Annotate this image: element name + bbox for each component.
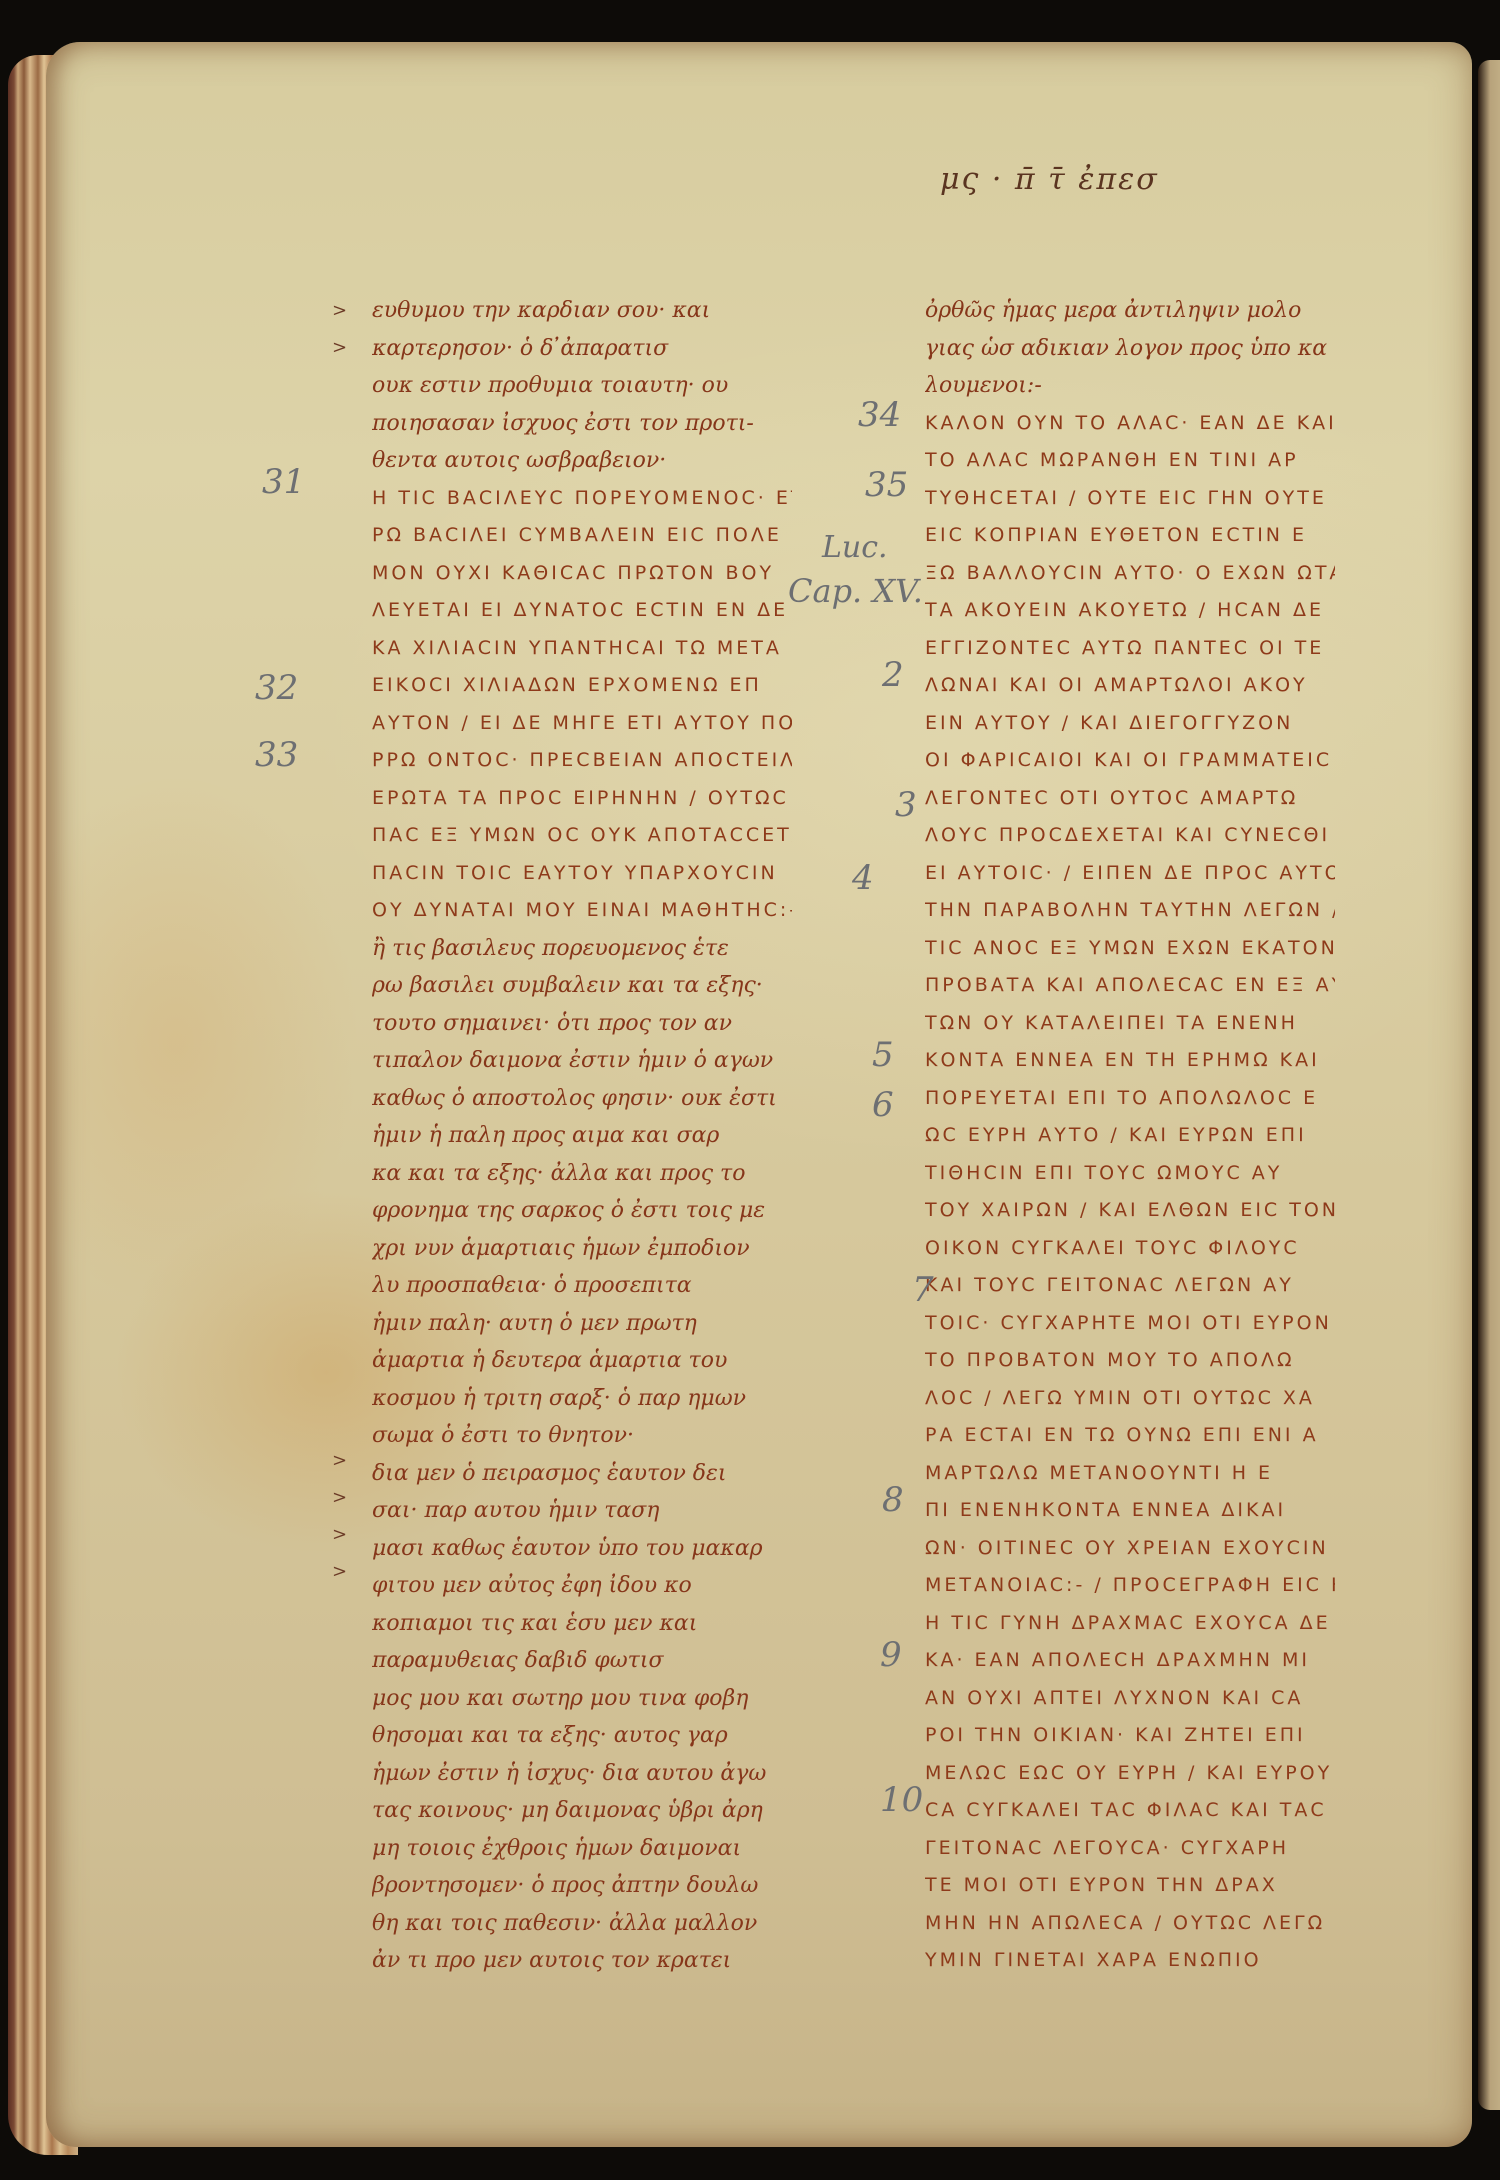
text-line: κοσμου ἡ τριτη σαρξ· ὁ παρ ημων (372, 1380, 792, 1418)
text-line: ΟΙΚΟΝ CΥΓΚΑΛΕΙ ΤΟΥC ΦΙΛΟΥC (925, 1230, 1335, 1268)
text-line: γιας ὡσ αδικιαν λογον προς ὑπο κα (925, 330, 1335, 368)
header-note: μς · π̄ τ̄ ἐπεσ (940, 162, 1159, 197)
text-line-initial: ΤΙC ΑΝΟC ΕΞ ΥΜΩΝ ΕΧΩΝ ΕΚΑΤΟΝ (925, 930, 1335, 968)
text-line: ΠΙ ΕΝΕΝΗΚΟΝΤΑ ΕΝΝΕΑ ΔΙΚΑΙ (925, 1492, 1335, 1530)
diple-mark: > (332, 337, 347, 358)
text-line: ΤΙΘΗCΙΝ ΕΠΙ ΤΟΥC ΩΜΟΥC ΑΥ (925, 1155, 1335, 1193)
text-line: ΤΥΘΗCΕΤΑΙ / ΟΥΤΕ ΕΙC ΓΗΝ ΟΥΤΕ (925, 480, 1335, 518)
diple-mark: > (332, 300, 347, 321)
text-line: ἡμιν ἡ παλη προς αιμα και σαρ (372, 1117, 792, 1155)
text-line: μασι καθως ἑαυτον ὑπο του μακαρ (372, 1530, 792, 1568)
text-line: ΕΙ ΑΥΤΟΙC· / ΕΙΠΕΝ ΔΕ ΠΡΟC ΑΥΤΟΥC (925, 855, 1335, 893)
text-line: παραμυθειας δαβιδ φωτισ (372, 1642, 792, 1680)
right-column: ὀρθῶς ἡμας μερα ἀντιληψιν μολο γιας ὡσ α… (925, 292, 1335, 1980)
text-line: λουμενοι:- (925, 367, 1335, 405)
verse-number: 7 (912, 1270, 934, 1310)
text-line: ΡΑ ΕCΤΑΙ ΕΝ ΤΩ ΟΥΝΩ ΕΠΙ ΕΝΙ Α (925, 1417, 1335, 1455)
text-line: ΚΟΝΤΑ ΕΝΝΕΑ ΕΝ ΤΗ ΕΡΗΜΩ ΚΑΙ (925, 1042, 1335, 1080)
left-column: ευθυμου την καρδιαν σου· και καρτερησον·… (372, 292, 792, 1980)
verse-number: 10 (880, 1780, 923, 1820)
verse-number: 9 (880, 1635, 902, 1675)
text-line: θεντα αυτοις ωσβραβειον· (372, 442, 792, 480)
text-line: ΤΩΝ ΟΥ ΚΑΤΑΛΕΙΠΕΙ ΤΑ ΕΝΕΝΗ (925, 1005, 1335, 1043)
text-line: ΕΡΩΤΑ ΤΑ ΠΡΟC ΕΙΡΗΝΗΝ / ΟΥΤΩC ΟΥΝ (372, 780, 792, 818)
text-line: μος μου και σωτηρ μου τινα φοβη (372, 1680, 792, 1718)
verse-number: 2 (882, 655, 904, 695)
text-line: ΕΙΚΟCΙ ΧΙΛΙΑΔΩΝ ΕΡΧΟΜΕΝΩ ΕΠ (372, 667, 792, 705)
diple-mark: > (332, 1561, 347, 1582)
text-line: ΤΟ ΑΛΑC ΜΩΡΑΝΘΗ ΕΝ ΤΙΝΙ ΑΡ (925, 442, 1335, 480)
text-line: ΞΩ ΒΑΛΛΟΥCΙΝ ΑΥΤΟ· Ο ΕΧΩΝ ΩΤΑ (925, 555, 1335, 593)
text-line: ΤΟΙC· CΥΓΧΑΡΗΤΕ ΜΟΙ ΟΤΙ ΕΥΡΟΝ (925, 1305, 1335, 1343)
text-line: φιτου μεν αὐτος ἐφη ἰδου κο (372, 1567, 792, 1605)
chapter-note-book: Luc. (822, 530, 888, 565)
text-line: ΟΙ ΦΑΡΙCΑΙΟΙ ΚΑΙ ΟΙ ΓΡΑΜΜΑΤΕΙC (925, 742, 1335, 780)
text-line-initial: Η ΤΙC ΒΑCΙΛΕΥC ΠΟΡΕΥΟΜΕΝΟC· ΕΤΕ (372, 480, 792, 518)
text-line: ΥΜΙΝ ΓΙΝΕΤΑΙ ΧΑΡΑ ΕΝΩΠΙΟ (925, 1942, 1335, 1980)
text-line: ΕΓΓΙΖΟΝΤΕC ΑΥΤΩ ΠΑΝΤΕC ΟΙ ΤΕ (925, 630, 1335, 668)
text-line: ΓΕΙΤΟΝΑC ΛΕΓΟΥCΑ· CΥΓΧΑΡΗ (925, 1830, 1335, 1868)
text-line: ΠΑC ΕΞ ΥΜΩΝ ΟC ΟΥΚ ΑΠΟΤΑCCΕΤΑΙ (372, 817, 792, 855)
adjacent-page-edge (1478, 60, 1500, 2110)
text-line: ΠΡΟΒΑΤΑ ΚΑΙ ΑΠΟΛΕCΑC ΕΝ ΕΞ ΑΥ (925, 967, 1335, 1005)
text-line: ΑΥΤΟΝ / ΕΙ ΔΕ ΜΗΓΕ ΕΤΙ ΑΥΤΟΥ ΠΟ (372, 705, 792, 743)
text-line: ΜΕΤΑΝΟΙΑC:- / ΠΡΟCΕΓΡΑΦΗ ΕΙC ΚΑΜΑ: (925, 1567, 1335, 1605)
text-line: ΕΙC ΚΟΠΡΙΑΝ ΕΥΘΕΤΟΝ ΕCΤΙΝ Ε (925, 517, 1335, 555)
verse-number: 4 (852, 858, 874, 898)
text-line: ΤΟ ΠΡΟΒΑΤΟΝ ΜΟΥ ΤΟ ΑΠΟΛΩ (925, 1342, 1335, 1380)
text-line: χρι νυν ἁμαρτιαις ἡμων ἐμποδιον (372, 1230, 792, 1268)
text-line: λυ προσπαθεια· ὁ προσεπιτα (372, 1267, 792, 1305)
verse-number: 3 (895, 785, 917, 825)
text-line: θη και τοις παθεσιν· ἀλλα μαλλον (372, 1905, 792, 1943)
text-line: ΠΟΡΕΥΕΤΑΙ ΕΠΙ ΤΟ ΑΠΟΛΩΛΟC Ε (925, 1080, 1335, 1118)
verse-number: 35 (865, 465, 908, 505)
text-line: καθως ὁ αποστολος φησιν· ουκ ἐστι (372, 1080, 792, 1118)
text-line: μη τοιοις ἐχθροις ἡμων δαιμοναι (372, 1830, 792, 1868)
diple-mark: > (332, 1524, 347, 1545)
manuscript-scan: μς · π̄ τ̄ ἐπεσ ευθυμου την καρδιαν σου·… (0, 0, 1500, 2180)
text-line: τιπαλον δαιμονα ἐστιν ἡμιν ὁ αγων (372, 1042, 792, 1080)
verse-number: 8 (882, 1480, 904, 1520)
verse-number: 32 (255, 668, 298, 708)
text-line: ΛΩΝΑΙ ΚΑΙ ΟΙ ΑΜΑΡΤΩΛΟΙ ΑΚΟΥ (925, 667, 1335, 705)
text-line: ΚΑ ΧΙΛΙΑCΙΝ ΥΠΑΝΤΗCΑΙ ΤΩ ΜΕΤΑ (372, 630, 792, 668)
text-line: ευθυμου την καρδιαν σου· και (372, 292, 792, 330)
text-line: ΚΑΛΟΝ ΟΥΝ ΤΟ ΑΛΑC· ΕΑΝ ΔΕ ΚΑΙ (925, 405, 1335, 443)
text-line: ΛΟΥC ΠΡΟCΔΕΧΕΤΑΙ ΚΑΙ CΥΝΕCΘΙ (925, 817, 1335, 855)
verse-number: 34 (858, 395, 901, 435)
text-line: ΚΑΙ ΤΟΥC ΓΕΙΤΟΝΑC ΛΕΓΩΝ ΑΥ (925, 1267, 1335, 1305)
text-line: ΤΟΥ ΧΑΙΡΩΝ / ΚΑΙ ΕΛΘΩΝ ΕΙC ΤΟΝ (925, 1192, 1335, 1230)
text-line: ἀν τι προ μεν αυτοις τον κρατει (372, 1942, 792, 1980)
text-line: ἡμιν παλη· αυτη ὁ μεν πρωτη (372, 1305, 792, 1343)
text-line: τας κοινους· μη δαιμονας ὑβρι ἀρη (372, 1792, 792, 1830)
text-line: ΡΩ ΒΑCΙΛΕΙ CΥΜΒΑΛΕΙΝ ΕΙC ΠΟΛΕ (372, 517, 792, 555)
text-line: σαι· παρ αυτου ἡμιν ταση (372, 1492, 792, 1530)
text-line: ΡΟΙ ΤΗΝ ΟΙΚΙΑΝ· ΚΑΙ ΖΗΤΕΙ ΕΠΙ (925, 1717, 1335, 1755)
chapter-note-chapter: Cap. XV. (788, 572, 923, 610)
text-line: ΠΑCΙΝ ΤΟΙC ΕΑΥΤΟΥ ΥΠΑΡΧΟΥCΙΝ (372, 855, 792, 893)
text-line: ΤΕ ΜΟΙ ΟΤΙ ΕΥΡΟΝ ΤΗΝ ΔΡΑΧ (925, 1867, 1335, 1905)
text-line: ουκ εστιν προθυμια τοιαυτη· ου (372, 367, 792, 405)
text-line: ΜΑΡΤΩΛΩ ΜΕΤΑΝΟΟΥΝΤΙ Η Ε (925, 1455, 1335, 1493)
text-line: δια μεν ὁ πειρασμος ἑαυτον δει (372, 1455, 792, 1493)
text-line: ἢ τις βασιλευς πορευομενος ἑτε (372, 930, 792, 968)
text-line: ἁμαρτια ἡ δευτερα ἁμαρτια του (372, 1342, 792, 1380)
text-line: ΡΡΩ ΟΝΤΟC· ΠΡΕCΒΕΙΑΝ ΑΠΟCΤΕΙΛΑC (372, 742, 792, 780)
text-line: ΛΕΥΕΤΑΙ ΕΙ ΔΥΝΑΤΟC ΕCΤΙΝ ΕΝ ΔΕ (372, 592, 792, 630)
diple-mark: > (332, 1450, 347, 1471)
text-line: ποιησασαν ἰσχυος ἐστι τον προτι- (372, 405, 792, 443)
text-line: ΜΕΛΩC ΕΩC ΟΥ ΕΥΡΗ / ΚΑΙ ΕΥΡΟΥ (925, 1755, 1335, 1793)
text-line: θησομαι και τα εξης· αυτος γαρ (372, 1717, 792, 1755)
text-line: τουτο σημαινει· ὁτι προς τον αν (372, 1005, 792, 1043)
text-line: ΛΕΓΟΝΤΕC ΟΤΙ ΟΥΤΟC ΑΜΑΡΤΩ (925, 780, 1335, 818)
text-line: βροντησομεν· ὁ προς ἀπτην δουλω (372, 1867, 792, 1905)
text-line: ΤΗΝ ΠΑΡΑΒΟΛΗΝ ΤΑΥΤΗΝ ΛΕΓΩΝ / (925, 892, 1335, 930)
text-line: κα και τα εξης· ἀλλα και προς το (372, 1155, 792, 1193)
text-line: φρονημα της σαρκος ὁ ἐστι τοις με (372, 1192, 792, 1230)
verse-number: 31 (262, 462, 305, 502)
text-line: ΤΑ ΑΚΟΥΕΙΝ ΑΚΟΥΕΤΩ / ΗCΑΝ ΔΕ (925, 592, 1335, 630)
verse-number: 6 (872, 1085, 894, 1125)
text-line: καρτερησον· ὁ δ ̓ἀπαρατισ (372, 330, 792, 368)
text-line: ΕΙΝ ΑΥΤΟΥ / ΚΑΙ ΔΙΕΓΟΓΓΥΖΟΝ (925, 705, 1335, 743)
text-line: κοπιαμοι τις και ἑσυ μεν και (372, 1605, 792, 1643)
text-line: ΚΑ· ΕΑΝ ΑΠΟΛΕCΗ ΔΡΑΧΜΗΝ ΜΙ (925, 1642, 1335, 1680)
text-line-initial: Η ΤΙC ΓΥΝΗ ΔΡΑΧΜΑC ΕΧΟΥCΑ ΔΕ (925, 1605, 1335, 1643)
verse-number: 5 (872, 1035, 894, 1075)
text-line: ὀρθῶς ἡμας μερα ἀντιληψιν μολο (925, 292, 1335, 330)
verse-number: 33 (255, 735, 298, 775)
text-line: ΟΥ ΔΥΝΑΤΑΙ ΜΟΥ ΕΙΝΑΙ ΜΑΘΗΤΗC:- (372, 892, 792, 930)
text-line: σωμα ὁ ἐστι το θνητον· (372, 1417, 792, 1455)
text-line: CΑ CΥΓΚΑΛΕΙ ΤΑC ΦΙΛΑC ΚΑΙ ΤΑC (925, 1792, 1335, 1830)
text-line: ΩC ΕΥΡΗ ΑΥΤΟ / ΚΑΙ ΕΥΡΩΝ ΕΠΙ (925, 1117, 1335, 1155)
text-line: ΜΟΝ ΟΥΧΙ ΚΑΘΙCΑC ΠΡΩΤΟΝ ΒΟΥ (372, 555, 792, 593)
text-line: ρω βασιλει συμβαλειν και τα εξης· (372, 967, 792, 1005)
text-line: ἡμων ἐστιν ἡ ἰσχυς· δια αυτου ἀγω (372, 1755, 792, 1793)
text-line: ΑΝ ΟΥΧΙ ΑΠΤΕΙ ΛΥΧΝΟΝ ΚΑΙ CΑ (925, 1680, 1335, 1718)
text-line: ΩΝ· ΟΙΤΙΝΕC ΟΥ ΧΡΕΙΑΝ ΕΧΟΥCΙΝ (925, 1530, 1335, 1568)
text-line: ΛΟC / ΛΕΓΩ ΥΜΙΝ ΟΤΙ ΟΥΤΩC ΧΑ (925, 1380, 1335, 1418)
text-line: ΜΗΝ ΗΝ ΑΠΩΛΕCΑ / ΟΥΤΩC ΛΕΓΩ (925, 1905, 1335, 1943)
diple-mark: > (332, 1487, 347, 1508)
